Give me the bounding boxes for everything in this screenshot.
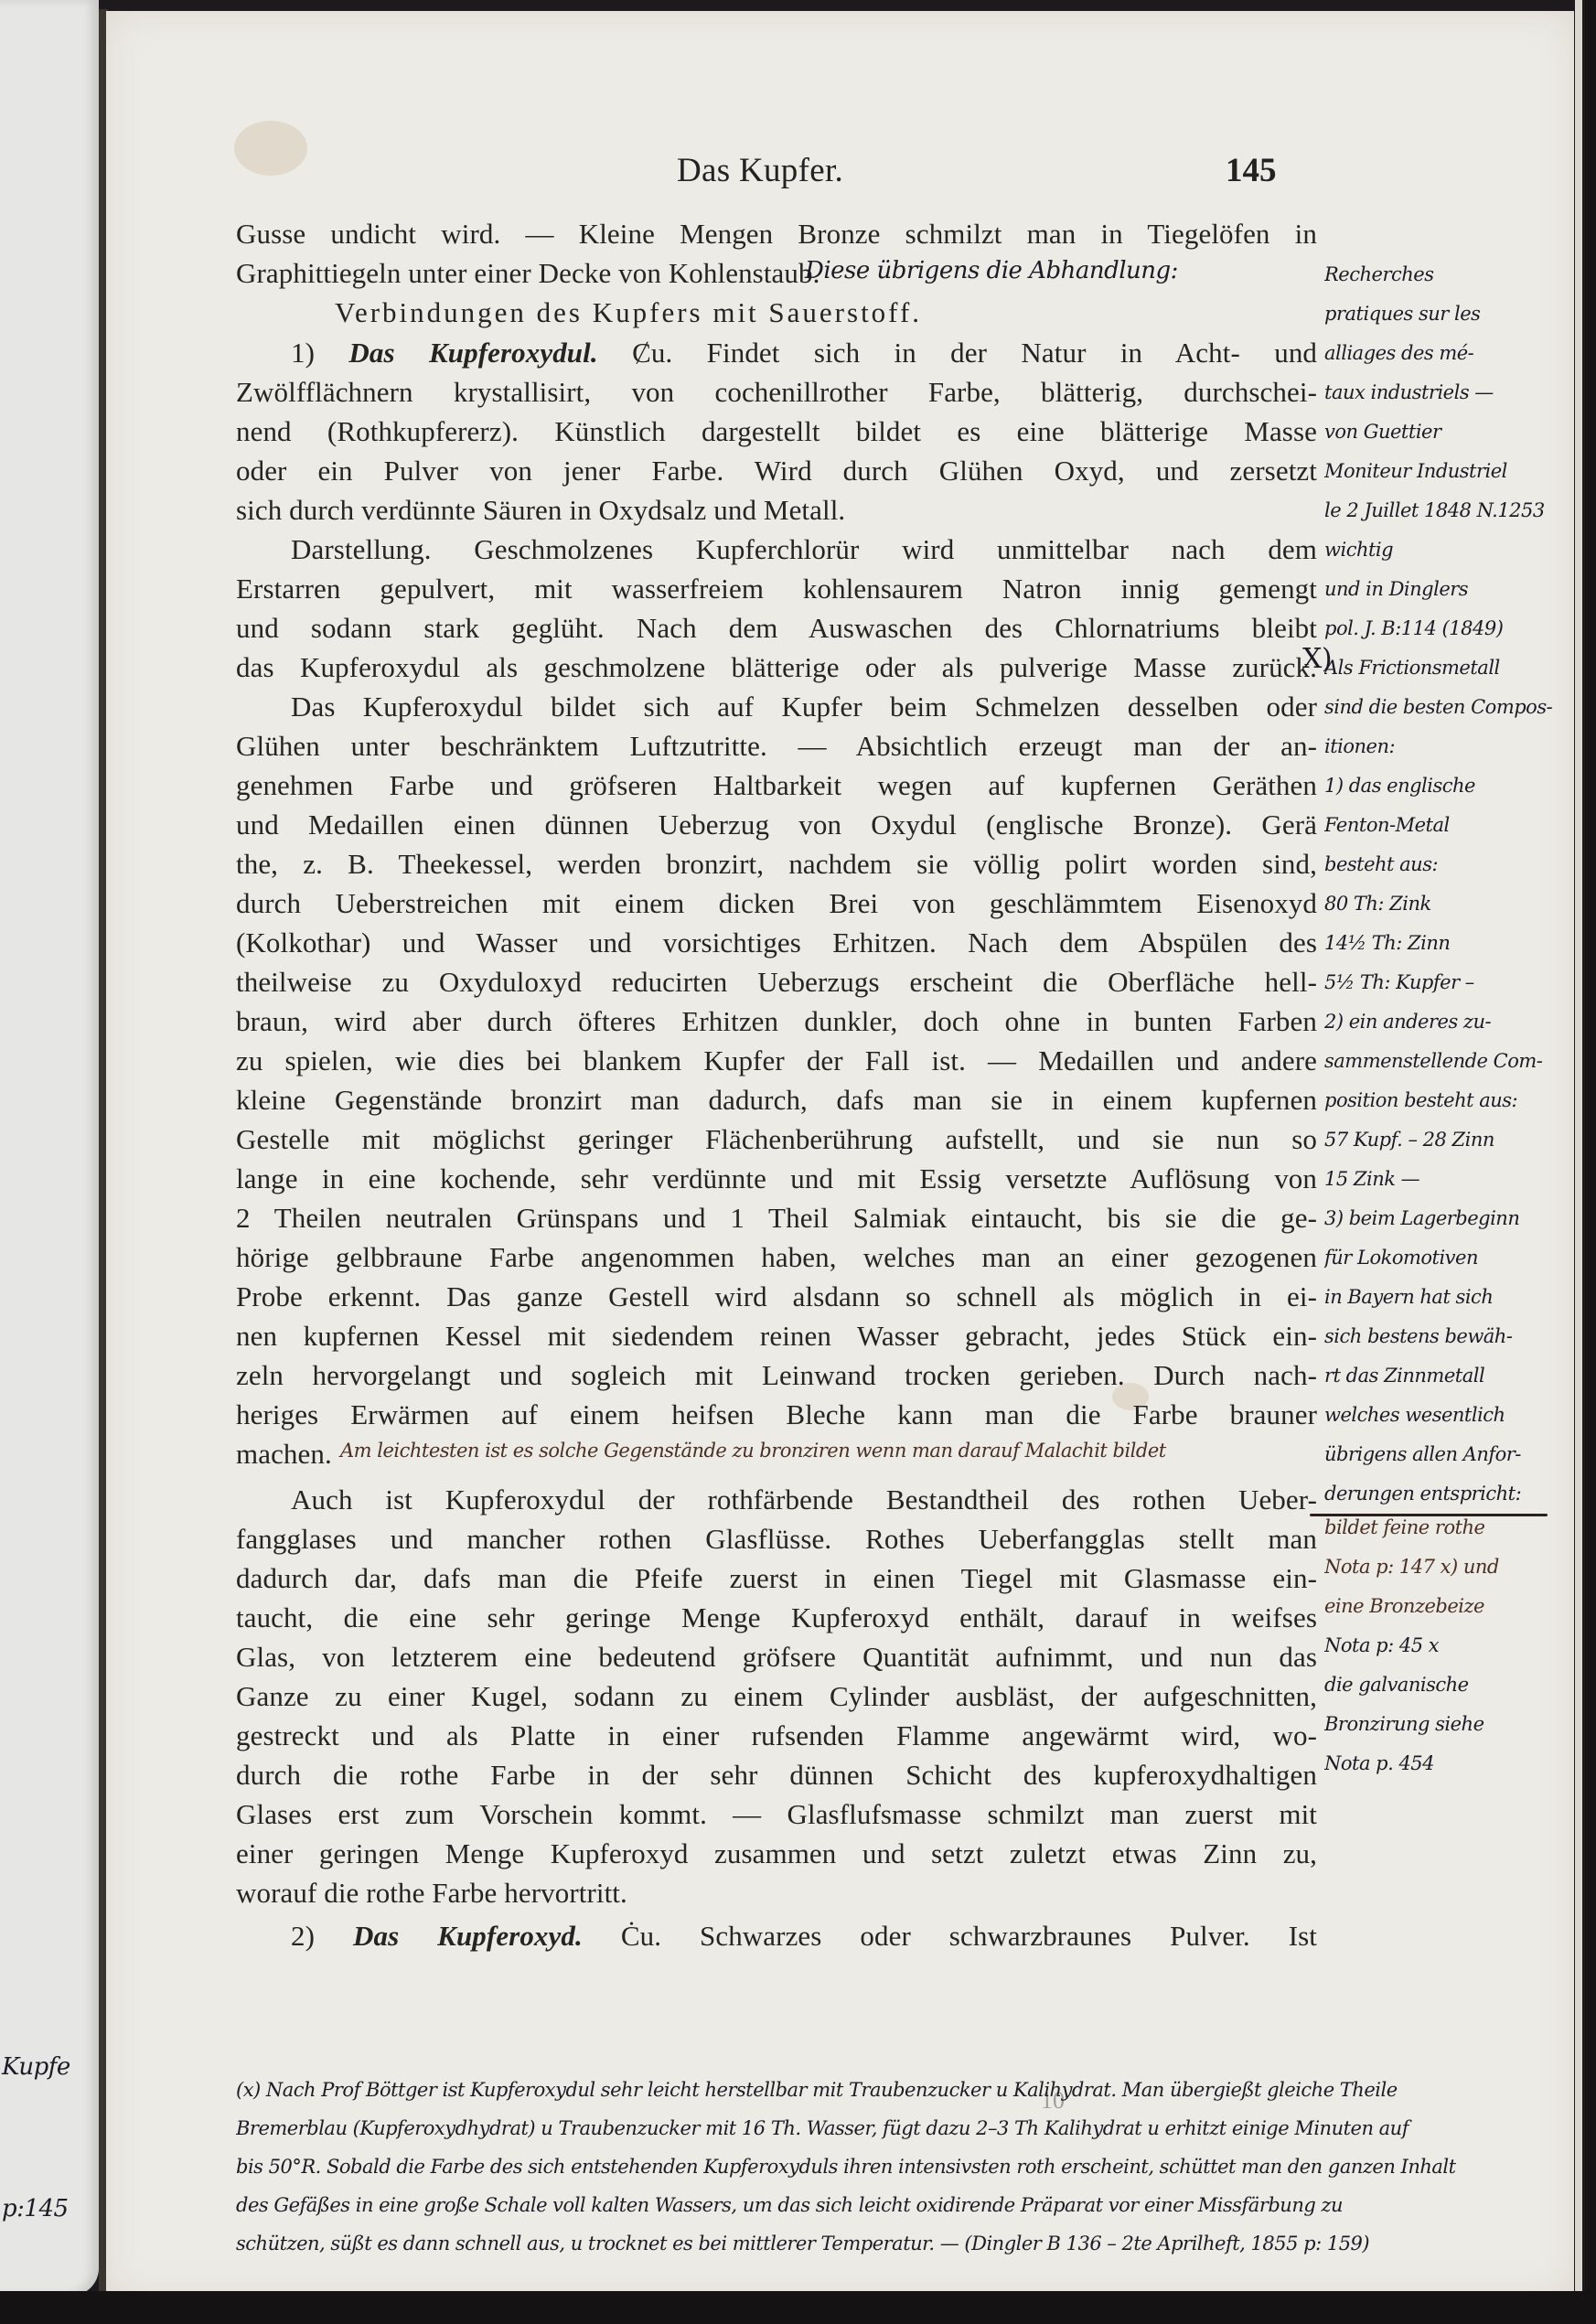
text-line: Ganze zu einer Kugel, sodann zu einem Cy… <box>236 1678 1317 1715</box>
section-heading: Verbindungen des Kupfers mit Sauerstoff. <box>335 295 922 331</box>
margin-note-line: Fenton-Metal <box>1324 807 1571 846</box>
text-line: Zwölfflächnern krystallisirt, von cochen… <box>236 374 1317 411</box>
text-span: Schwarzes oder schwarzbraunes Pulver. Is… <box>700 1920 1317 1952</box>
margin-note-line: Als Frictionsmetall <box>1324 649 1571 689</box>
text-line: Glas, von letzterem eine bedeutend gröfs… <box>236 1639 1317 1676</box>
book-cover-edge <box>1585 0 1596 2324</box>
text-span: Findet sich in der Natur in Acht- und <box>707 337 1317 369</box>
text-line: dadurch dar, dafs man die Pfeife zuerst … <box>236 1560 1317 1597</box>
text-line: oder ein Pulver von jener Farbe. Wird du… <box>236 453 1317 489</box>
running-title: Das Kupfer. <box>677 151 843 190</box>
margin-note-line: und in Dinglers <box>1324 571 1571 610</box>
margin-note-line: sich bestens bewäh- <box>1324 1318 1571 1357</box>
margin-note-line: Moniteur Industriel <box>1324 453 1571 492</box>
margin-note-line: Nota p. 454 <box>1324 1745 1571 1784</box>
text-line: sich durch verdünnte Säuren in Oxydsalz … <box>236 492 1317 529</box>
margin-note-line: le 2 Juillet 1848 N.1253 <box>1324 492 1571 531</box>
text-line: und Medaillen einen dünnen Ueberzug von … <box>236 807 1317 843</box>
text-line: durch Ueberstreichen mit einem dicken Br… <box>236 885 1317 922</box>
margin-note-line: Nota p: 147 x) und <box>1324 1548 1571 1588</box>
margin-note-line: die galvanische <box>1324 1666 1571 1706</box>
text-line: durch die rothe Farbe in der sehr dünnen… <box>236 1757 1317 1794</box>
text-line: genehmen Farbe und gröfseren Haltbarkeit… <box>236 767 1317 804</box>
left-page-fragment: Kupfe <box>2 2049 93 2086</box>
text-line: 2) Das Kupferoxyd. Ċu. Schwarzes oder sc… <box>291 1918 1317 1955</box>
item-number: 2) <box>291 1920 315 1952</box>
margin-note-line: 3) beim Lagerbeginn <box>1324 1200 1571 1239</box>
margin-note-line: bildet feine rothe <box>1324 1509 1571 1548</box>
adjacent-page-edge <box>0 0 99 2296</box>
margin-note-line: pol. J. B:114 (1849) <box>1324 610 1571 649</box>
margin-note-line: übrigens allen Anfor- <box>1324 1436 1571 1475</box>
margin-note-line: rt das Zinnmetall <box>1324 1357 1571 1397</box>
text-line: gestreckt und als Platte in einer rufsen… <box>236 1718 1317 1754</box>
margin-notes-right: Recherches pratiques sur les alliages de… <box>1324 256 1571 1515</box>
margin-note-line: Nota p: 45 x <box>1324 1627 1571 1666</box>
text-line: nen kupfernen Kessel mit siedendem reine… <box>236 1318 1317 1355</box>
margin-note-line: 1) das englische <box>1324 767 1571 807</box>
item-number: 1) <box>291 337 315 369</box>
text-line: das Kupferoxydul als geschmolzene blätte… <box>236 649 1317 686</box>
margin-note-line: pratiques sur les <box>1324 295 1571 335</box>
margin-note-line: 57 Kupf. – 28 Zinn <box>1324 1121 1571 1161</box>
handwritten-footnote: (x) Nach Prof Böttger ist Kupferoxydul s… <box>236 2072 1535 2264</box>
text-line: Auch ist Kupferoxydul der rothfärbende B… <box>291 1482 1317 1518</box>
margin-note-line: 2) ein anderes zu- <box>1324 1003 1571 1043</box>
footnote-line: (x) Nach Prof Böttger ist Kupferoxydul s… <box>236 2072 1535 2110</box>
margin-note-line: 80 Th: Zink <box>1324 885 1571 925</box>
text-line: lange in eine kochende, sehr verdünnte u… <box>236 1161 1317 1197</box>
text-line: 2 Theilen neutralen Grünspans und 1 Thei… <box>236 1200 1317 1237</box>
handwritten-inline-note: Am leichtesten ist es solche Gegenstände… <box>340 1432 1166 1470</box>
compound-title: Das Kupferoxydul. <box>348 337 597 369</box>
footnote-line: schützen, süßt es dann schnell aus, u tr… <box>236 2225 1535 2264</box>
text-line: Gestelle mit möglichst geringer Flächenb… <box>236 1121 1317 1158</box>
chemical-formula: Ȼu. <box>632 337 672 369</box>
text-line: und sodann stark geglüht. Nach dem Auswa… <box>236 610 1317 647</box>
margin-note-line: 15 Zink — <box>1324 1161 1571 1200</box>
page-number: 145 <box>1226 151 1277 190</box>
text-line: Gusse undicht wird. — Kleine Mengen Bron… <box>236 216 1317 252</box>
text-line: (Kolkothar) und Wasser und vorsichtiges … <box>236 925 1317 961</box>
text-line: Erstarren gepulvert, mit wasserfreiem ko… <box>236 571 1317 607</box>
margin-notes-right-lower: bildet feine rothe Nota p: 147 x) und ei… <box>1324 1509 1571 1784</box>
margin-note-line: 5½ Th: Kupfer – <box>1324 964 1571 1003</box>
text-line: heriges Erwärmen auf einem heifsen Blech… <box>236 1397 1317 1433</box>
text-line: zu spielen, wie dies bei blankem Kupfer … <box>236 1043 1317 1079</box>
text-line: nend (Rothkupfererz). Künstlich dargeste… <box>236 413 1317 450</box>
page-edge <box>1575 0 1582 2324</box>
text-line: taucht, die eine sehr geringe Menge Kupf… <box>236 1600 1317 1636</box>
margin-note-line: sammenstellende Com- <box>1324 1043 1571 1082</box>
text-line: Glases erst zum Vorschein kommt. — Glasf… <box>236 1796 1317 1833</box>
margin-note-line: 14½ Th: Zinn <box>1324 925 1571 964</box>
text-line: kleine Gegenstände bronzirt man dadurch,… <box>236 1082 1317 1119</box>
margin-note-line: von Guettier <box>1324 413 1571 453</box>
margin-note-line: Recherches <box>1324 256 1571 295</box>
background-shadow <box>0 2291 1596 2324</box>
margin-note-line: besteht aus: <box>1324 846 1571 885</box>
text-line: fangglases und mancher rothen Glasflüsse… <box>236 1521 1317 1558</box>
text-line: worauf die rothe Farbe hervortritt. <box>236 1875 1317 1912</box>
compound-title: Das Kupferoxyd. <box>353 1920 583 1952</box>
text-line: Probe erkennt. Das ganze Gestell wird al… <box>236 1279 1317 1315</box>
text-line: Glühen unter beschränktem Luftzutritte. … <box>236 728 1317 765</box>
margin-note-line: itionen: <box>1324 728 1571 767</box>
text-line: hörige gelbbraune Farbe angenommen haben… <box>236 1239 1317 1276</box>
margin-note-line: alliages des mé- <box>1324 335 1571 374</box>
text-line: Darstellung. Geschmolzenes Kupferchlorür… <box>291 531 1317 568</box>
text-line: Graphittiegeln unter einer Decke von Koh… <box>236 255 803 292</box>
handwritten-inline-note: Diese übrigens die Abhandlung: <box>805 252 1178 290</box>
margin-note-line: wichtig <box>1324 531 1571 571</box>
text-line: theilweise zu Oxyduloxyd reducirten Uebe… <box>236 964 1317 1001</box>
footnote-line: des Gefäßes in eine große Schale voll ka… <box>236 2187 1535 2225</box>
text-line: the, z. B. Theekessel, werden bronzirt, … <box>236 846 1317 883</box>
text-line: Das Kupferoxydul bildet sich auf Kupfer … <box>291 689 1317 725</box>
text-line: 1) Das Kupferoxydul. Ȼu. Findet sich in … <box>291 335 1317 371</box>
chemical-formula: Ċu. <box>621 1920 661 1952</box>
margin-note-line: eine Bronzebeize <box>1324 1588 1571 1627</box>
paper-stain <box>234 121 307 176</box>
margin-note-line: taux industriels — <box>1324 374 1571 413</box>
text-line: zeln hervorgelangt und sogleich mit Lein… <box>236 1357 1317 1394</box>
margin-note-line: sind die besten Compos- <box>1324 689 1571 728</box>
margin-note-line: welches wesentlich <box>1324 1397 1571 1436</box>
text-line: einer geringen Menge Kupferoxyd zusammen… <box>236 1836 1317 1872</box>
margin-note-line: position besteht aus: <box>1324 1082 1571 1121</box>
footnote-line: bis 50°R. Sobald die Farbe des sich ents… <box>236 2148 1535 2187</box>
margin-note-line: Bronzirung siehe <box>1324 1706 1571 1745</box>
margin-note-line: für Lokomotiven <box>1324 1239 1571 1279</box>
margin-note-line: in Bayern hat sich <box>1324 1279 1571 1318</box>
left-page-fragment: p:145 <box>2 2190 93 2228</box>
footnote-line: Bremerblau (Kupferoxydhydrat) u Traubenz… <box>236 2110 1535 2148</box>
text-line: braun, wird aber durch öfteres Erhitzen … <box>236 1003 1317 1040</box>
